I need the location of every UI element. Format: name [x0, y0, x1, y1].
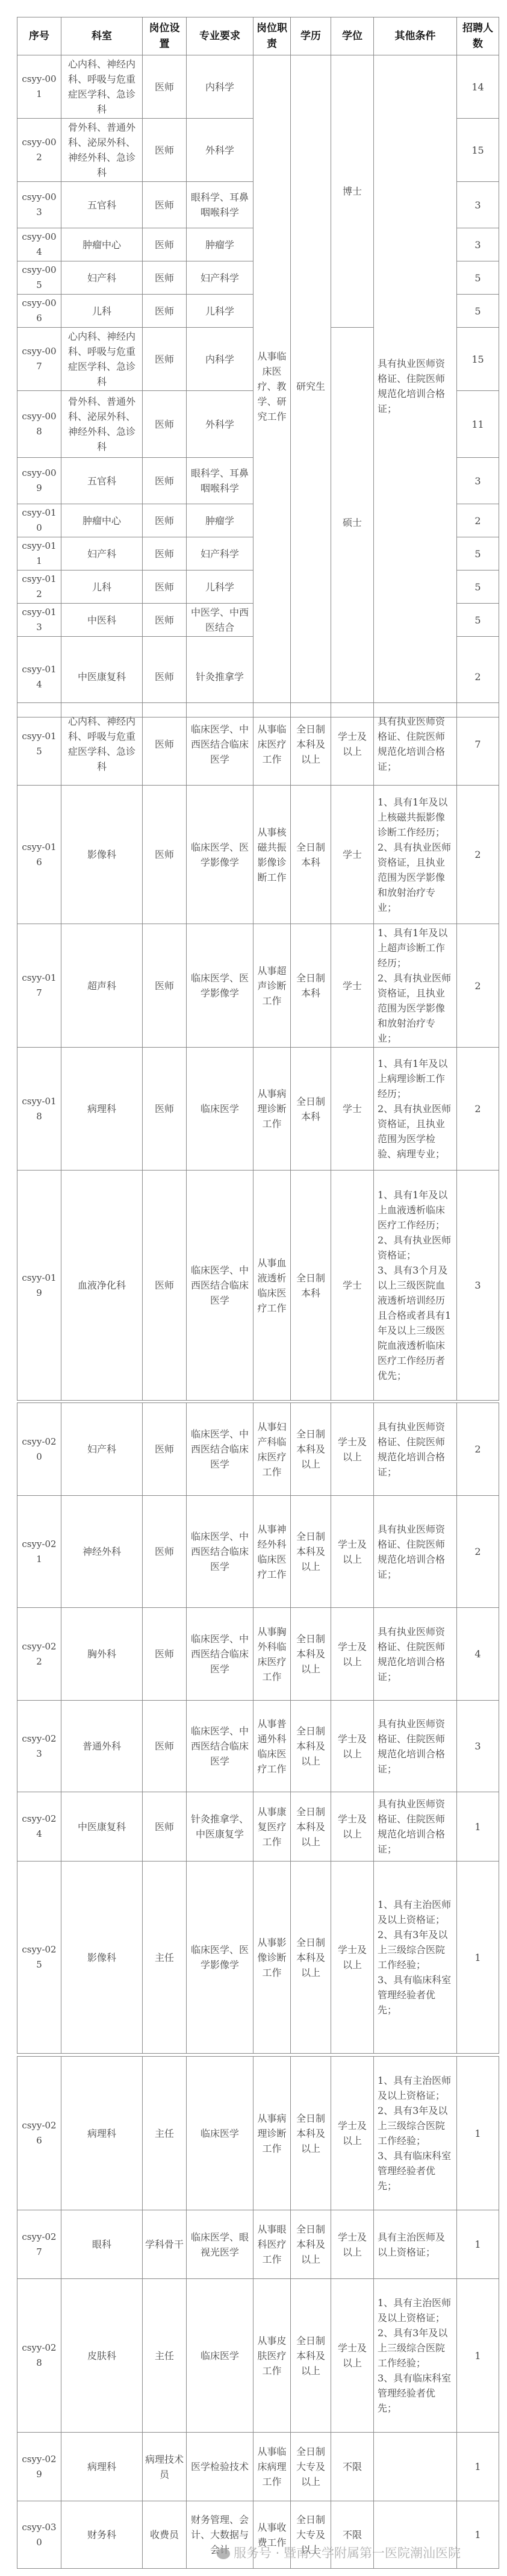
hire-count: 2	[457, 1403, 499, 1496]
major-requirement: 眼科学、耳鼻咽喉科学	[187, 458, 253, 504]
major-requirement: 肿瘤学	[187, 228, 253, 261]
department: 肿瘤中心	[61, 504, 143, 537]
major-requirement: 临床医学、医学影像学	[187, 924, 253, 1048]
recruitment-table: csyy-015心内科、神经内科、呼吸与危重症医学科、急诊科医师临床医学、中西医…	[17, 702, 499, 1401]
department: 儿科	[61, 295, 143, 328]
degree: 学士	[331, 786, 374, 924]
duty: 从事临床医疗工作	[253, 703, 291, 786]
hire-count: 11	[457, 391, 499, 458]
education: 全日制本科	[291, 786, 331, 924]
post-title: 医师	[143, 295, 187, 328]
hire-count: 2	[457, 504, 499, 537]
col-header-major: 专业要求	[187, 17, 253, 55]
degree: 学士及以上	[331, 1608, 374, 1701]
recruitment-table: 序号科室岗位设置专业要求岗位职责学历学位其他条件招聘人数csyy-001心内科、…	[17, 17, 499, 717]
other-conditions: 1、具有1年及以上血液透析临床医疗工作经历； 2、具有执业医师资格证； 3、具有…	[374, 1171, 457, 1401]
duty: 从事超声诊断工作	[253, 924, 291, 1048]
duty: 从事康复医疗工作	[253, 1792, 291, 1862]
duty: 从事影像诊断工作	[253, 1862, 291, 2054]
table-row: csyy-001心内科、神经内科、呼吸与危重症医学科、急诊科医师内科学从事临床医…	[17, 55, 499, 119]
duty: 从事核磁共振影像诊断工作	[253, 786, 291, 924]
table-row: csyy-015心内科、神经内科、呼吸与危重症医学科、急诊科医师临床医学、中西医…	[17, 703, 499, 786]
duty: 从事病理诊断工作	[253, 2057, 291, 2210]
department: 心内科、神经内科、呼吸与危重症医学科、急诊科	[61, 703, 143, 786]
degree: 不限	[331, 2433, 374, 2501]
post-title: 医师	[143, 703, 187, 786]
col-header-dept: 科室	[61, 17, 143, 55]
hire-count: 15	[457, 119, 499, 182]
position-id: csyy-023	[17, 1701, 61, 1792]
table-row: csyy-028皮肤科主任临床医学从事皮肤医疗工作全日制本科及以上学士及以上1、…	[17, 2279, 499, 2433]
position-id: csyy-017	[17, 924, 61, 1048]
hire-count: 1	[457, 2501, 499, 2569]
department: 心内科、神经内科、呼吸与危重症医学科、急诊科	[61, 55, 143, 119]
hire-count: 1	[457, 2433, 499, 2501]
post-title: 病理技术员	[143, 2433, 187, 2501]
department: 普通外科	[61, 1701, 143, 1792]
position-id: csyy-027	[17, 2210, 61, 2279]
degree: 学士及以上	[331, 2057, 374, 2210]
other-conditions: 1、具有主治医师及以上资格证； 2、具有3年及以上三级综合医院工作经验； 3、具…	[374, 1862, 457, 2054]
department: 妇产科	[61, 537, 143, 571]
major-requirement: 内科学	[187, 328, 253, 391]
hire-count: 14	[457, 55, 499, 119]
hire-count: 3	[457, 228, 499, 261]
other-conditions: 1、具有1年及以上超声诊断工作经历； 2、具有执业医师资格证，且执业范围为医学影…	[374, 924, 457, 1048]
major-requirement: 临床医学、医学影像学	[187, 786, 253, 924]
major-requirement: 临床医学、眼视光医学	[187, 2210, 253, 2279]
other-conditions: 1、具有1年及以上核磁共振影像诊断工作经历； 2、具有执业医师资格证，且执业范围…	[374, 786, 457, 924]
position-id: csyy-002	[17, 119, 61, 182]
other-conditions: 具有执业医师资格证、住院医师规范化培训合格证；	[374, 1608, 457, 1701]
major-requirement: 临床医学、中西医结合临床医学	[187, 1496, 253, 1608]
position-id: csyy-003	[17, 182, 61, 228]
hire-count: 15	[457, 328, 499, 391]
department: 中医科	[61, 604, 143, 637]
major-requirement: 妇产科学	[187, 537, 253, 571]
position-id: csyy-022	[17, 1608, 61, 1701]
degree: 博士	[331, 55, 374, 328]
position-id: csyy-020	[17, 1403, 61, 1496]
position-id: csyy-004	[17, 228, 61, 261]
degree: 学士	[331, 1048, 374, 1171]
other-conditions: 具有执业医师资格证、住院医师规范化培训合格证；	[374, 1701, 457, 1792]
major-requirement: 临床医学	[187, 2279, 253, 2433]
education: 全日制本科及以上	[291, 1496, 331, 1608]
hire-count: 2	[457, 924, 499, 1048]
education: 研究生	[291, 55, 331, 717]
post-title: 医师	[143, 55, 187, 119]
other-conditions	[374, 2433, 457, 2501]
hire-count: 7	[457, 703, 499, 786]
table-row: csyy-021神经外科医师临床医学、中西医结合临床医学从事神经外科临床医疗工作…	[17, 1496, 499, 1608]
degree: 学士及以上	[331, 1862, 374, 2054]
department: 肿瘤中心	[61, 228, 143, 261]
position-id: csyy-010	[17, 504, 61, 537]
degree: 学士及以上	[331, 703, 374, 786]
degree: 学士	[331, 924, 374, 1048]
position-id: csyy-013	[17, 604, 61, 637]
hire-count: 5	[457, 604, 499, 637]
other-conditions: 具有执业医师资格证、住院医师规范化培训合格证；	[374, 1792, 457, 1862]
education: 全日制本科及以上	[291, 703, 331, 786]
hire-count: 2	[457, 1496, 499, 1608]
department: 眼科	[61, 2210, 143, 2279]
watermark: 服务号 · 暨南大学附属第一医院潮汕医院	[217, 2543, 461, 2562]
major-requirement: 临床医学	[187, 1048, 253, 1171]
department: 超声科	[61, 924, 143, 1048]
department: 病理科	[61, 2433, 143, 2501]
position-id: csyy-028	[17, 2279, 61, 2433]
post-title: 医师	[143, 504, 187, 537]
duty: 从事血液透析临床医疗工作	[253, 1171, 291, 1401]
major-requirement: 临床医学	[187, 2057, 253, 2210]
department: 骨外科、普通外科、泌尿外科、神经外科、急诊科	[61, 119, 143, 182]
hire-count: 2	[457, 1048, 499, 1171]
hire-count: 5	[457, 537, 499, 571]
recruitment-table: csyy-026病理科主任临床医学从事病理诊断工作全日制本科及以上学士及以上1、…	[17, 2056, 499, 2569]
post-title: 医师	[143, 328, 187, 391]
table-row: csyy-023普通外科医师临床医学、中西医结合临床医学从事普通外科临床医疗工作…	[17, 1701, 499, 1792]
post-title: 医师	[143, 1403, 187, 1496]
department: 财务科	[61, 2501, 143, 2569]
other-conditions: 具有执业医师资格证、住院医师规范化培训合格证；	[374, 1403, 457, 1496]
major-requirement: 外科学	[187, 119, 253, 182]
post-title: 医师	[143, 1048, 187, 1171]
post-title: 医师	[143, 261, 187, 295]
education: 全日制本科及以上	[291, 1403, 331, 1496]
duty: 从事神经外科临床医疗工作	[253, 1496, 291, 1608]
degree: 学士及以上	[331, 2210, 374, 2279]
post-title: 医师	[143, 571, 187, 604]
major-requirement: 临床医学、中西医结合临床医学	[187, 1403, 253, 1496]
post-title: 医师	[143, 391, 187, 458]
post-title: 主任	[143, 1862, 187, 2054]
major-requirement: 儿科学	[187, 571, 253, 604]
education: 全日制本科及以上	[291, 1862, 331, 2054]
duty: 从事胸外科临床医疗工作	[253, 1608, 291, 1701]
department: 胸外科	[61, 1608, 143, 1701]
other-conditions: 1、具有1年及以上病理诊断工作经历； 2、具有执业医师资格证，且执业范围为医学检…	[374, 1048, 457, 1171]
table-row: csyy-027眼科学科骨干临床医学、眼视光医学从事眼科医疗工作全日制本科及以上…	[17, 2210, 499, 2279]
position-id: csyy-007	[17, 328, 61, 391]
hire-count: 4	[457, 1608, 499, 1701]
department: 影像科	[61, 1862, 143, 2054]
post-title: 主任	[143, 2057, 187, 2210]
other-conditions: 具有执业医师资格证、住院医师规范化培训合格证；	[374, 55, 457, 717]
col-header-degree: 学位	[331, 17, 374, 55]
position-id: csyy-019	[17, 1171, 61, 1401]
degree: 学士	[331, 1171, 374, 1401]
education: 全日制本科及以上	[291, 1608, 331, 1701]
other-conditions: 1、具有主治医师及以上资格证； 2、具有3年及以上三级综合医院工作经验； 3、具…	[374, 2279, 457, 2433]
hire-count: 3	[457, 1171, 499, 1401]
position-id: csyy-030	[17, 2501, 61, 2569]
table-row: csyy-017超声科医师临床医学、医学影像学从事超声诊断工作全日制本科学士1、…	[17, 924, 499, 1048]
duty: 从事眼科医疗工作	[253, 2210, 291, 2279]
department: 影像科	[61, 786, 143, 924]
degree: 硕士	[331, 328, 374, 717]
education: 全日制本科及以上	[291, 2057, 331, 2210]
post-title: 医师	[143, 924, 187, 1048]
hire-count: 1	[457, 2057, 499, 2210]
post-title: 主任	[143, 2279, 187, 2433]
post-title: 医师	[143, 1792, 187, 1862]
position-id: csyy-026	[17, 2057, 61, 2210]
post-title: 医师	[143, 537, 187, 571]
recruitment-table: csyy-020妇产科医师临床医学、中西医结合临床医学从事妇产科临床医疗工作全日…	[17, 1402, 499, 2054]
duty: 从事妇产科临床医疗工作	[253, 1403, 291, 1496]
position-id: csyy-009	[17, 458, 61, 504]
department: 病理科	[61, 2057, 143, 2210]
degree: 学士及以上	[331, 1496, 374, 1608]
degree: 学士及以上	[331, 1792, 374, 1862]
post-title: 学科骨干	[143, 2210, 187, 2279]
watermark-text: 服务号 · 暨南大学附属第一医院潮汕医院	[234, 2546, 461, 2560]
post-title: 医师	[143, 1608, 187, 1701]
position-id: csyy-005	[17, 261, 61, 295]
duty: 从事病理诊断工作	[253, 1048, 291, 1171]
major-requirement: 眼科学、耳鼻咽喉科学	[187, 182, 253, 228]
table-row: csyy-025影像科主任临床医学、医学影像学从事影像诊断工作全日制本科及以上学…	[17, 1862, 499, 2054]
hire-count: 5	[457, 261, 499, 295]
department: 神经外科	[61, 1496, 143, 1608]
hire-count: 2	[457, 786, 499, 924]
hire-count: 1	[457, 1862, 499, 2054]
col-header-post: 岗位设置	[143, 17, 187, 55]
hire-count: 5	[457, 571, 499, 604]
department: 心内科、神经内科、呼吸与危重症医学科、急诊科	[61, 328, 143, 391]
education: 全日制本科及以上	[291, 1792, 331, 1862]
major-requirement: 儿科学	[187, 295, 253, 328]
post-title: 收费员	[143, 2501, 187, 2569]
post-title: 医师	[143, 1171, 187, 1401]
position-id: csyy-021	[17, 1496, 61, 1608]
table-row: csyy-016影像科医师临床医学、医学影像学从事核磁共振影像诊断工作全日制本科…	[17, 786, 499, 924]
department: 妇产科	[61, 261, 143, 295]
position-id: csyy-024	[17, 1792, 61, 1862]
position-id: csyy-015	[17, 703, 61, 786]
major-requirement: 中医学、中西医结合	[187, 604, 253, 637]
degree: 学士及以上	[331, 2279, 374, 2433]
major-requirement: 针灸推拿学、中医康复学	[187, 1792, 253, 1862]
duty: 从事皮肤医疗工作	[253, 2279, 291, 2433]
department: 骨外科、普通外科、泌尿外科、神经外科、急诊科	[61, 391, 143, 458]
wechat-icon	[217, 2548, 230, 2559]
major-requirement: 临床医学、中西医结合临床医学	[187, 703, 253, 786]
post-title: 医师	[143, 182, 187, 228]
hire-count: 1	[457, 2210, 499, 2279]
other-conditions: 1、具有主治医师及以上资格证； 2、具有3年及以上三级综合医院工作经验； 3、具…	[374, 2057, 457, 2210]
department: 妇产科	[61, 1403, 143, 1496]
education: 全日制本科	[291, 1171, 331, 1401]
position-id: csyy-008	[17, 391, 61, 458]
post-title: 医师	[143, 458, 187, 504]
education: 全日制本科	[291, 1048, 331, 1171]
department: 五官科	[61, 182, 143, 228]
department: 病理科	[61, 1048, 143, 1171]
major-requirement: 临床医学、中西医结合临床医学	[187, 1171, 253, 1401]
department: 五官科	[61, 458, 143, 504]
major-requirement: 临床医学、医学影像学	[187, 1862, 253, 2054]
education: 全日制本科及以上	[291, 1701, 331, 1792]
col-header-education: 学历	[291, 17, 331, 55]
hire-count: 1	[457, 1792, 499, 1862]
post-title: 医师	[143, 1496, 187, 1608]
post-title: 医师	[143, 786, 187, 924]
table-row: csyy-022胸外科医师临床医学、中西医结合临床医学从事胸外科临床医疗工作全日…	[17, 1608, 499, 1701]
position-id: csyy-012	[17, 571, 61, 604]
hire-count: 3	[457, 182, 499, 228]
table-row: csyy-029病理科病理技术员医学检验技术从事临床病理工作全日制大专及以上不限…	[17, 2433, 499, 2501]
major-requirement: 肿瘤学	[187, 504, 253, 537]
col-header-duty: 岗位职责	[253, 17, 291, 55]
education: 全日制本科及以上	[291, 2279, 331, 2433]
position-id: csyy-006	[17, 295, 61, 328]
table-row: csyy-019血液净化科医师临床医学、中西医结合临床医学从事血液透析临床医疗工…	[17, 1171, 499, 1401]
department: 皮肤科	[61, 2279, 143, 2433]
position-id: csyy-025	[17, 1862, 61, 2054]
duty: 从事普通外科临床医疗工作	[253, 1701, 291, 1792]
major-requirement: 内科学	[187, 55, 253, 119]
education: 全日制本科及以上	[291, 2210, 331, 2279]
major-requirement: 医学检验技术	[187, 2433, 253, 2501]
department: 中医康复科	[61, 1792, 143, 1862]
other-conditions: 具有执业医师资格证、住院医师规范化培训合格证；	[374, 1496, 457, 1608]
duty: 从事临床病理工作	[253, 2433, 291, 2501]
education: 全日制本科	[291, 924, 331, 1048]
position-id: csyy-016	[17, 786, 61, 924]
post-title: 医师	[143, 604, 187, 637]
other-conditions: 具有主治医师及以上资格证；	[374, 2210, 457, 2279]
hire-count: 3	[457, 458, 499, 504]
major-requirement: 临床医学、中西医结合临床医学	[187, 1608, 253, 1701]
degree: 学士及以上	[331, 1701, 374, 1792]
hire-count: 3	[457, 1701, 499, 1792]
hire-count: 5	[457, 295, 499, 328]
col-header-count: 招聘人数	[457, 17, 499, 55]
table-row: csyy-018病理科医师临床医学从事病理诊断工作全日制本科学士1、具有1年及以…	[17, 1048, 499, 1171]
position-id: csyy-001	[17, 55, 61, 119]
col-header-other: 其他条件	[374, 17, 457, 55]
post-title: 医师	[143, 228, 187, 261]
department: 血液净化科	[61, 1171, 143, 1401]
other-conditions: 具有执业医师资格证、住院医师规范化培训合格证；	[374, 703, 457, 786]
department: 儿科	[61, 571, 143, 604]
major-requirement: 妇产科学	[187, 261, 253, 295]
table-row: csyy-020妇产科医师临床医学、中西医结合临床医学从事妇产科临床医疗工作全日…	[17, 1403, 499, 1496]
education: 全日制大专及以上	[291, 2433, 331, 2501]
col-header-id: 序号	[17, 17, 61, 55]
post-title: 医师	[143, 1701, 187, 1792]
table-row: csyy-024中医康复科医师针灸推拿学、中医康复学从事康复医疗工作全日制本科及…	[17, 1792, 499, 1862]
table-row: csyy-026病理科主任临床医学从事病理诊断工作全日制本科及以上学士及以上1、…	[17, 2057, 499, 2210]
major-requirement: 临床医学、中西医结合临床医学	[187, 1701, 253, 1792]
position-id: csyy-029	[17, 2433, 61, 2501]
degree: 学士及以上	[331, 1403, 374, 1496]
position-id: csyy-011	[17, 537, 61, 571]
post-title: 医师	[143, 119, 187, 182]
major-requirement: 外科学	[187, 391, 253, 458]
header-row: 序号科室岗位设置专业要求岗位职责学历学位其他条件招聘人数	[17, 17, 499, 55]
position-id: csyy-018	[17, 1048, 61, 1171]
hire-count: 1	[457, 2279, 499, 2433]
duty: 从事临床医疗、教学、研究工作	[253, 55, 291, 717]
